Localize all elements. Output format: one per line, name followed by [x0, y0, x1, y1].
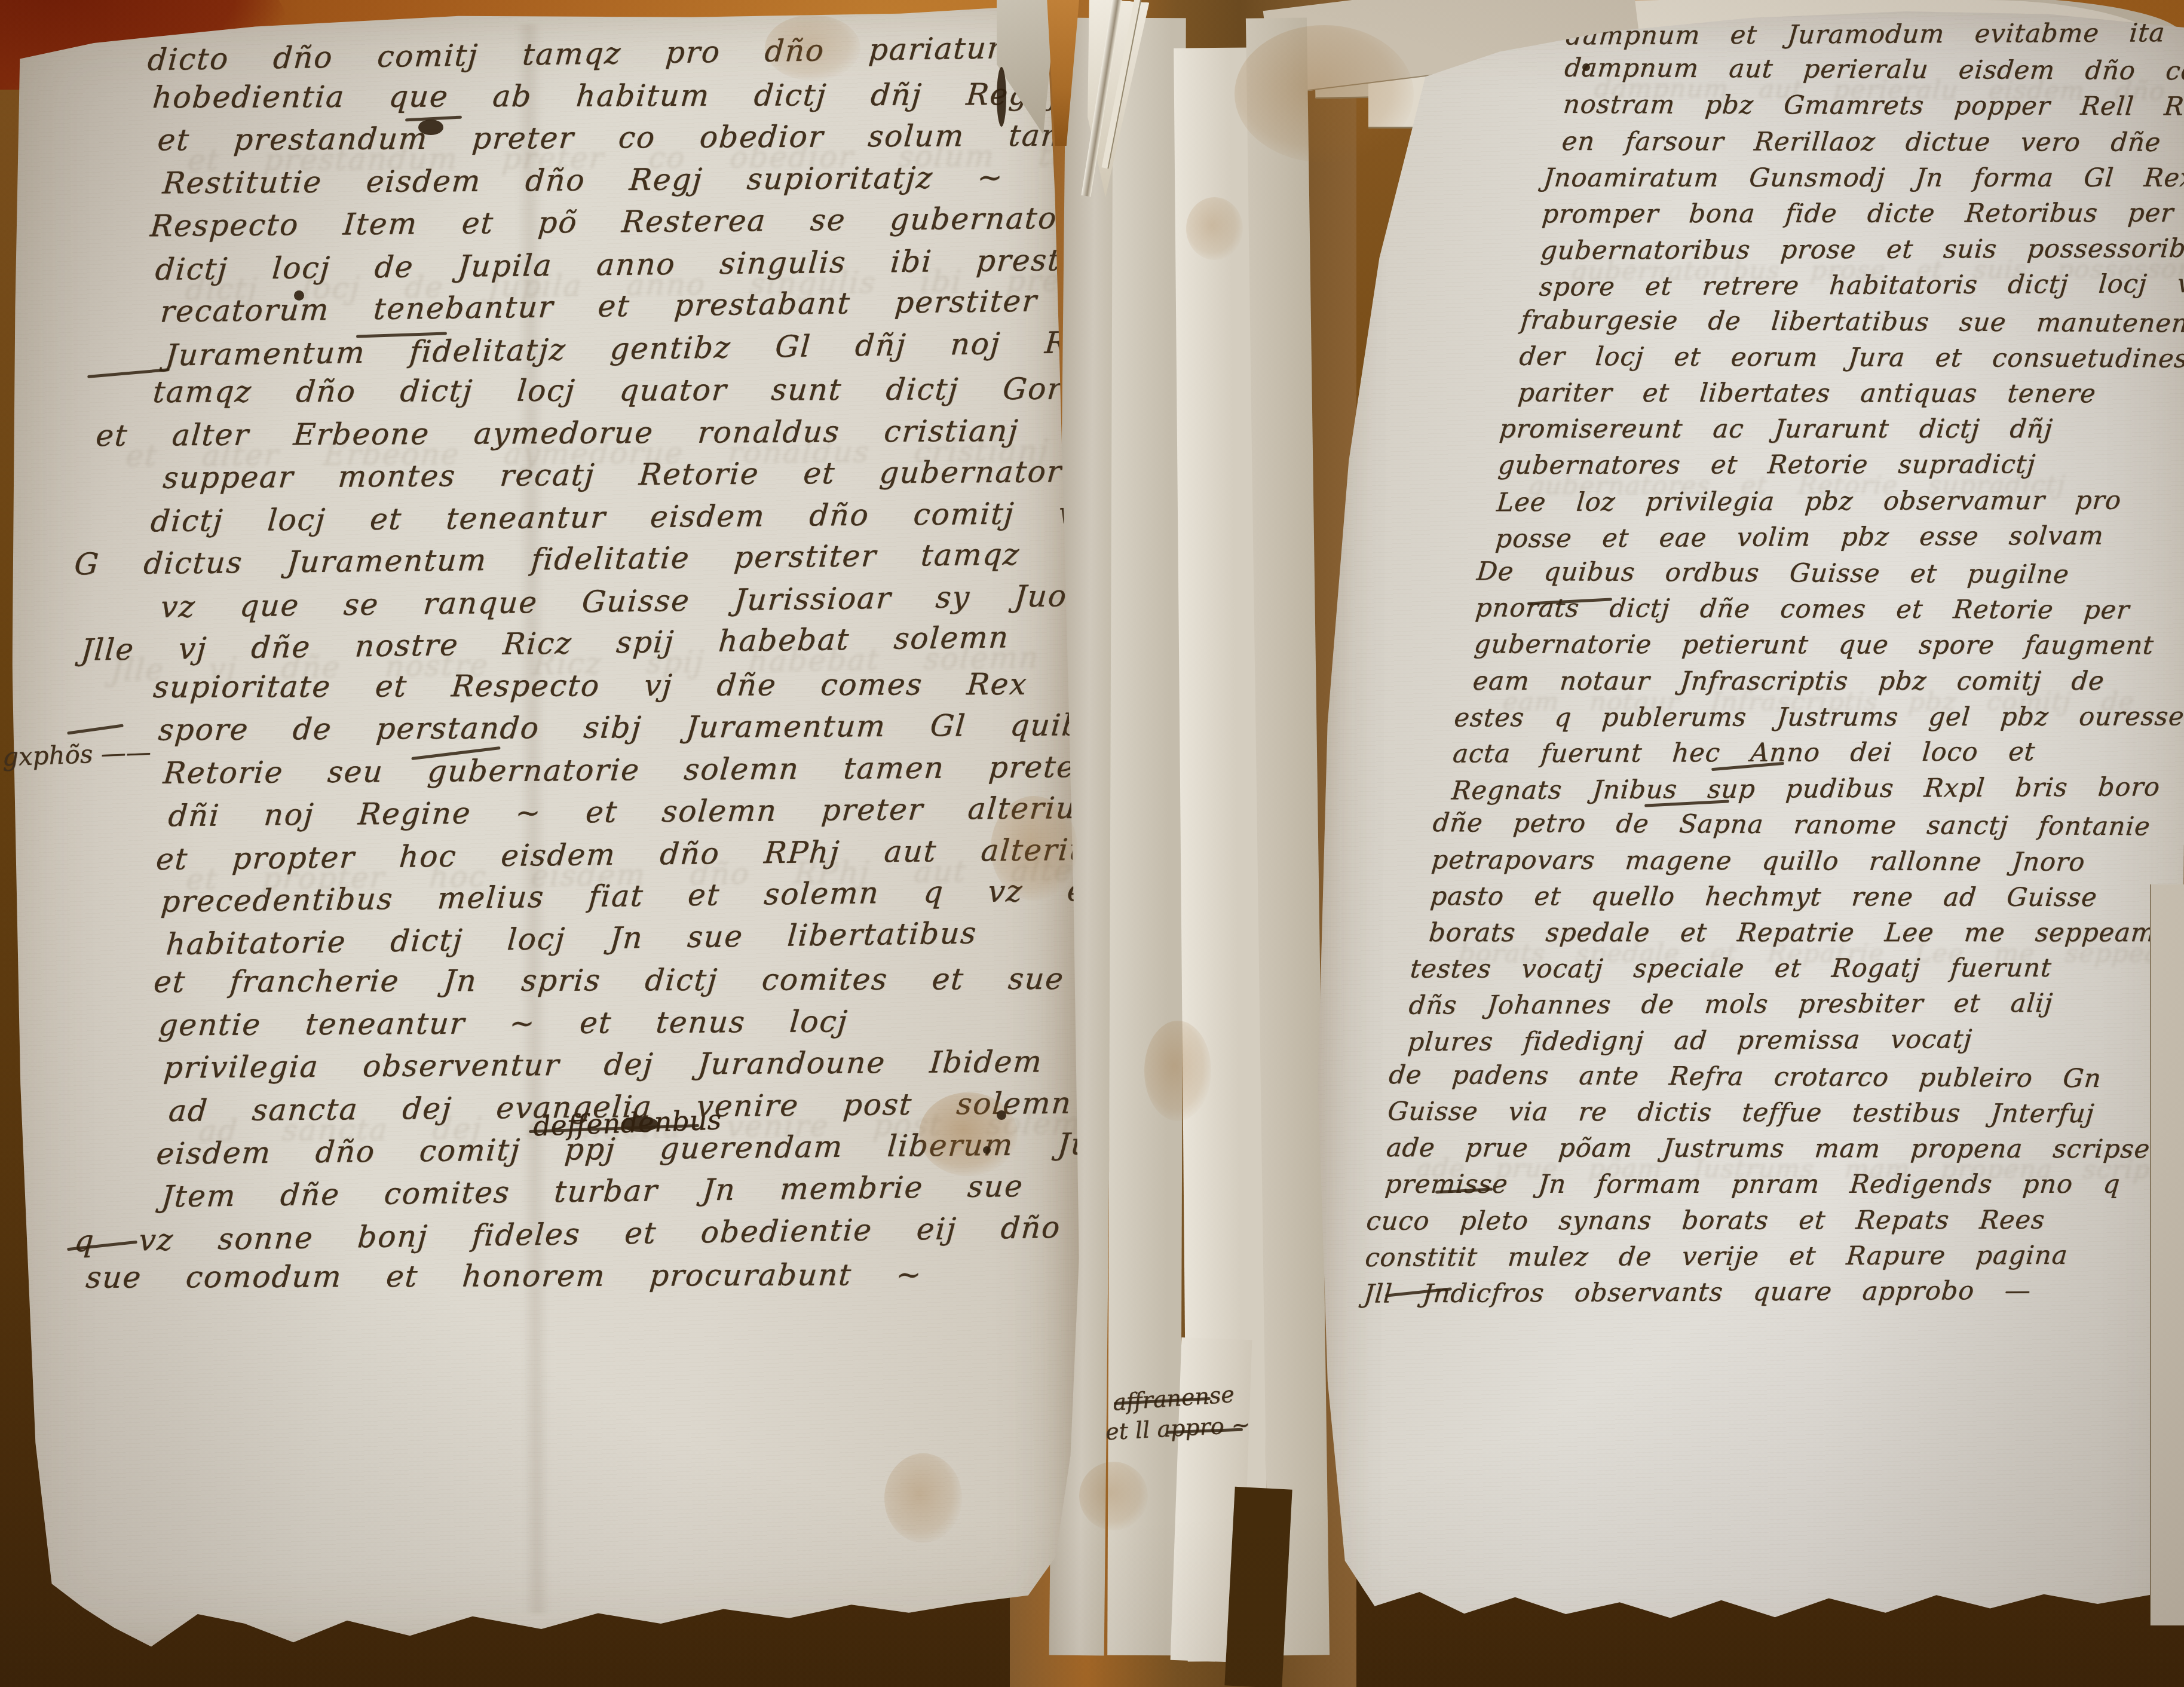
manuscript-line: De quibus ordbus Guisse et pugilne [1475, 557, 2070, 590]
manuscript-line: habitatorie dictj locj Jn sue libertatib… [165, 916, 978, 961]
paper-stain [765, 15, 860, 81]
ink-blot [997, 67, 1006, 127]
manuscript-line: et francherie Jn spris dictj comites et … [152, 962, 1065, 999]
manuscript-line: spore et retrere habitatoris dictj locj … [1538, 269, 2184, 302]
manuscript-line: dñs Johannes de mols presbiter et alij [1408, 988, 2054, 1021]
manuscript-line: Respecto Item et põ Resterea se gubernat… [149, 201, 1109, 243]
manuscript-line: petrapovars magene quillo rallonne Jnoro [1431, 845, 2087, 877]
manuscript-line: Jll Jndicfros observants quare approbo — [1362, 1276, 2032, 1309]
right-page: dampnum et Juramodum evitabme ita se quo… [1303, 7, 2184, 1671]
manuscript-line: privilegia observentur dej Jurandoune Ib… [163, 1045, 1044, 1084]
right-page-text: dampnum et Juramodum evitabme ita se quo… [1303, 7, 2184, 1671]
manuscript-line: testes vocatj speciale et Rogatj fuerunt [1409, 953, 2053, 984]
manuscript-line: posse et eae volim pbz esse solvam [1494, 521, 2105, 553]
manuscript-line: Lee loz privilegia pbz observamur pro [1496, 485, 2122, 518]
manuscript-line: vz que se ranque Guisse Jurissioar sy Ju… [160, 578, 1084, 623]
manuscript-line: constitit mulez de verije et Rapure pagi… [1364, 1241, 2069, 1273]
manuscript-line: pnorats dictj dñe comes et Retorie per [1474, 593, 2131, 626]
ink-blot [1582, 63, 1590, 71]
ink-blot [418, 120, 443, 135]
paper-stain [1186, 197, 1243, 260]
manuscript-line: en farsour Rerillaoz dictue vero dñe com… [1561, 127, 2184, 158]
ink-blot [997, 1110, 1006, 1120]
manuscript-line: dicto dño comitj tamqz pro dño pariatur … [146, 30, 1074, 77]
paper-stain [1144, 1021, 1211, 1121]
left-margin-note: gxphõs —— [2, 737, 151, 772]
left-page: dicto dño comitj tamqz pro dño pariatur … [4, 3, 1082, 1658]
manuscript-line: suppear montes recatj Retorie et guberna… [162, 455, 1099, 495]
manuscript-line: de padens ante Refra crotarco publeiro G… [1387, 1060, 2103, 1094]
gutter-bottom-tear [1224, 1487, 1292, 1687]
manuscript-line: pasto et quello hechmyt rene ad Guisse [1429, 881, 2099, 913]
manuscript-line: gentie teneantur ~ et tenus locj [157, 1005, 849, 1042]
manuscript-line: der locj et eorum Jura et consuetudines [1518, 341, 2184, 373]
manuscript-line: sue comodum et honorem procurabunt ~ [85, 1257, 924, 1294]
manuscript-line: Guisse via re dictis teffue testibus Jnt… [1386, 1097, 2096, 1129]
paper-stain [1079, 1462, 1148, 1530]
manuscript-line: spore de perstando sibj Juramentum Gl qu… [157, 708, 1120, 746]
manuscript-line: promper bona fide dicte Retoribus per [1541, 198, 2175, 229]
manuscript-line: cuco pleto synans borats et Repats Rees [1365, 1205, 2047, 1236]
ink-blot [983, 1146, 991, 1154]
manuscript-line: plures fidedignj ad premissa vocatj [1407, 1024, 1974, 1057]
manuscript-line: dictj locj et teneantur eisdem dño comit… [149, 496, 1095, 538]
manuscript-photo: dicto dño comitj tamqz pro dño pariatur … [0, 0, 2184, 1687]
manuscript-line: fraburgesie de libertatibus sue manutene… [1520, 305, 2184, 338]
manuscript-line: premisse Jn formam pnram Redigends pno q [1384, 1169, 2122, 1199]
manuscript-line: G dictus Juramentum fidelitatie perstite… [73, 538, 1022, 581]
manuscript-line: supioritate et Respecto vj dñe comes Rex… [152, 666, 1189, 703]
manuscript-line: acta fuerunt hec Anno dei loco et [1451, 737, 2036, 769]
manuscript-line: Jtem dñe comites turbar Jn membrie sue [160, 1169, 1025, 1213]
manuscript-line: Juramentum fidelitatjz gentibz Gl dñj no… [164, 324, 1148, 372]
manuscript-line: Retorie seu gubernatorie solemn tamen pr… [162, 749, 1209, 789]
manuscript-line: hobedientia que ab habitum dictj dñj Reg… [151, 77, 1061, 114]
left-page-text: dicto dño comitj tamqz pro dño pariatur … [4, 3, 1082, 1658]
paper-stain [919, 1092, 1018, 1176]
manuscript-line: Jnoamiratum Gunsmodj Jn forma Gl Rexpria… [1542, 163, 2184, 193]
paper-stain [991, 796, 1077, 901]
manuscript-line: gubernatorie petierunt que spore faugmen… [1473, 630, 2155, 661]
manuscript-line: tamqz dño dictj locj quator sunt dictj G… [152, 372, 1142, 409]
manuscript-line: nostram pbz Gmamrets popper Rell Rerilla… [1562, 90, 2184, 122]
manuscript-line: promisereunt ac Jurarunt dictj dñj [1498, 414, 2054, 444]
paper-stain [884, 1453, 962, 1543]
manuscript-line: dñe petro de Sapna ranome sanctj fontani… [1432, 809, 2152, 842]
right-edge-folio-strip [2150, 884, 2184, 1625]
manuscript-line: estes q publerums Justrums gel pbz oures… [1453, 702, 2184, 733]
manuscript-line: Restitutie eisdem dño Regj supioritatjz … [161, 160, 1005, 200]
paper-stain [1235, 25, 1414, 163]
manuscript-line: Regnats Jnibus sup pudibus Rxpl bris bor… [1450, 772, 2161, 806]
manuscript-line: pariter et libertates antiquas tenere [1517, 378, 2097, 409]
ink-blot [294, 290, 304, 301]
